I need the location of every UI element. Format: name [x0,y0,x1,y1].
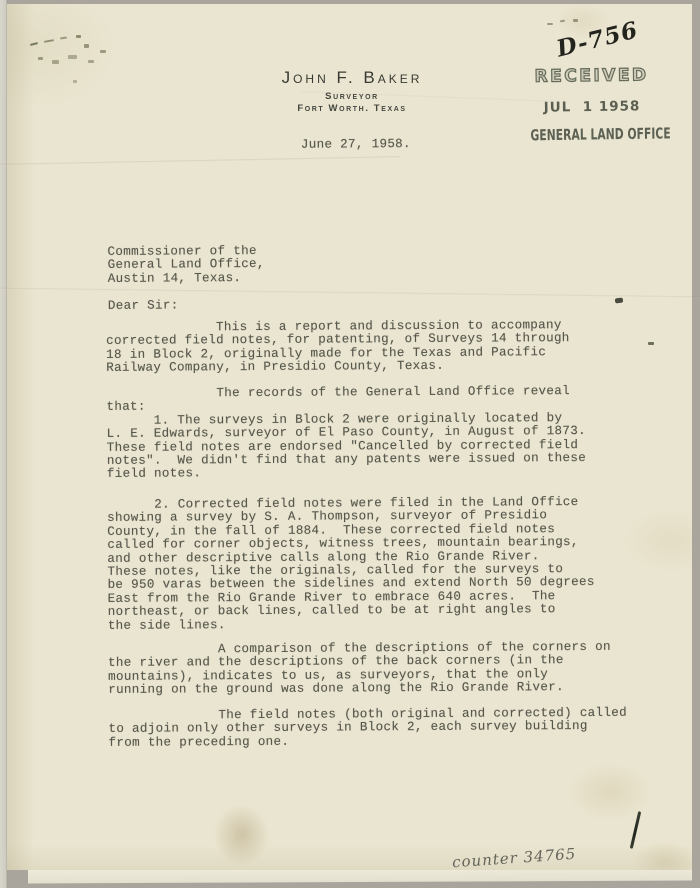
scanned-letter-page: { "document": { "handwritten_ref": "D-75… [0,0,700,888]
recipient-address: Commissioner of the General Land Office,… [107,245,264,286]
body-paragraph-2: The records of the General Land Office r… [106,385,586,482]
body-paragraph-1: This is a report and discussion to accom… [106,319,570,375]
typed-date: June 27, 1958. [301,138,411,152]
body-paragraph-5: The field notes (both original and corre… [108,707,627,750]
typed-letter-content: June 27, 1958. Commissioner of the Gener… [0,0,700,888]
body-paragraph-3: 2. Corrected field notes were filed in t… [107,496,595,633]
salutation: Dear Sir: [108,299,179,313]
body-paragraph-4: A comparison of the descriptions of the … [108,641,611,698]
